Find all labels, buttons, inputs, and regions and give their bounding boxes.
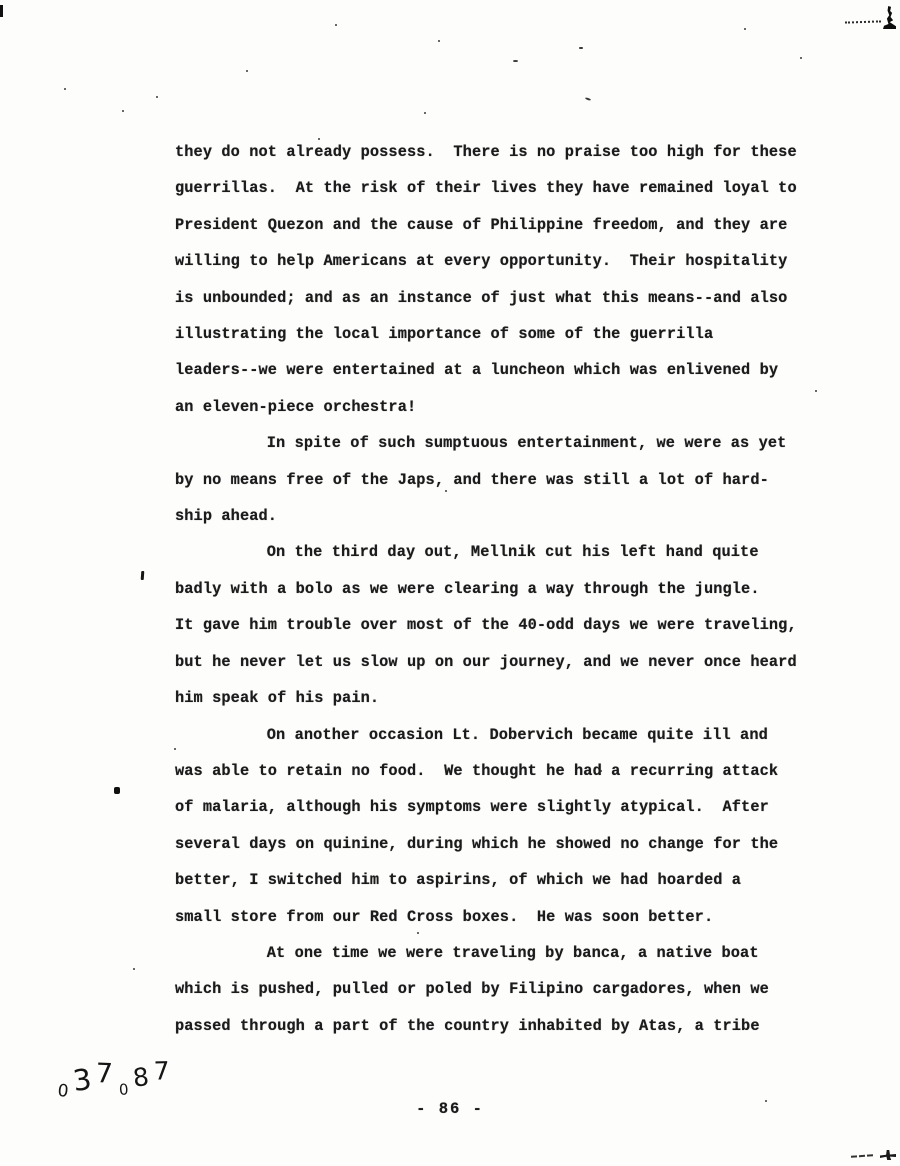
handwritten-archive-number: 037087 — [56, 1059, 175, 1099]
text-line: passed through a part of the country inh… — [175, 1008, 815, 1044]
speckle — [64, 88, 66, 90]
text-line: they do not already possess. There is no… — [175, 134, 815, 170]
text-line: of malaria, although his symptoms were s… — [175, 789, 815, 825]
handwritten-digit: 3 — [71, 1061, 98, 1098]
speckle — [133, 968, 135, 970]
speckle — [513, 60, 518, 62]
text-line: better, I switched him to aspirins, of w… — [175, 862, 815, 898]
text-line: President Quezon and the cause of Philip… — [175, 207, 815, 243]
text-line: which is pushed, pulled or poled by Fili… — [175, 971, 815, 1007]
ink-stamp-smudge-icon — [883, 6, 896, 29]
speckle — [438, 40, 440, 42]
typewritten-text: they do not already possess. There is no… — [175, 134, 815, 1044]
text-line: badly with a bolo as we were clearing a … — [175, 571, 815, 607]
speckle — [815, 390, 817, 392]
text-line: but he never let us slow up on our journ… — [175, 644, 815, 680]
speckle — [744, 28, 746, 30]
speckle — [800, 57, 802, 59]
speckle — [579, 47, 583, 49]
page-number: - 86 - — [416, 1100, 484, 1118]
text-line: was able to retain no food. We thought h… — [175, 753, 815, 789]
speckle — [246, 70, 248, 72]
bottom-right-dash-smudge-icon — [851, 1154, 873, 1158]
margin-ink-dot-icon — [114, 787, 120, 794]
text-line: It gave him trouble over most of the 40-… — [175, 607, 815, 643]
text-line: an eleven-piece orchestra! — [175, 389, 815, 425]
text-line: leaders--we were entertained at a lunche… — [175, 352, 815, 388]
text-line: illustrating the local importance of som… — [175, 316, 815, 352]
text-line: ship ahead. — [175, 498, 815, 534]
speckle — [156, 96, 158, 98]
text-line: guerrillas. At the risk of their lives t… — [175, 170, 815, 206]
scanned-document-page: they do not already possess. There is no… — [0, 0, 900, 1166]
text-line: On the third day out, Mellnik cut his le… — [175, 534, 815, 570]
speckle — [765, 1100, 767, 1102]
handwritten-digit: 7 — [153, 1056, 174, 1085]
text-line: At one time we were traveling by banca, … — [175, 935, 815, 971]
corner-smudge-top-left-icon — [0, 5, 3, 17]
text-line: by no means free of the Japs, and there … — [175, 462, 815, 498]
margin-tick-mark-icon — [141, 571, 145, 580]
handwritten-digit: 8 — [131, 1062, 155, 1093]
handwritten-digit: 7 — [95, 1058, 118, 1090]
text-line: In spite of such sumptuous entertainment… — [175, 425, 815, 461]
handwritten-digit: 0 — [119, 1080, 134, 1099]
speckle — [335, 24, 337, 26]
text-line: is unbounded; and as an instance of just… — [175, 280, 815, 316]
speckle — [424, 112, 426, 114]
bottom-right-ink-mark-icon — [880, 1150, 896, 1160]
speckle — [585, 97, 591, 101]
text-line: him speak of his pain. — [175, 680, 815, 716]
handwritten-digit: 0 — [57, 1081, 75, 1103]
dotted-smudge-icon — [845, 20, 881, 23]
text-line: On another occasion Lt. Dobervich became… — [175, 717, 815, 753]
speckle — [122, 110, 124, 112]
text-line: willing to help Americans at every oppor… — [175, 243, 815, 279]
text-line: several days on quinine, during which he… — [175, 826, 815, 862]
text-line: small store from our Red Cross boxes. He… — [175, 899, 815, 935]
